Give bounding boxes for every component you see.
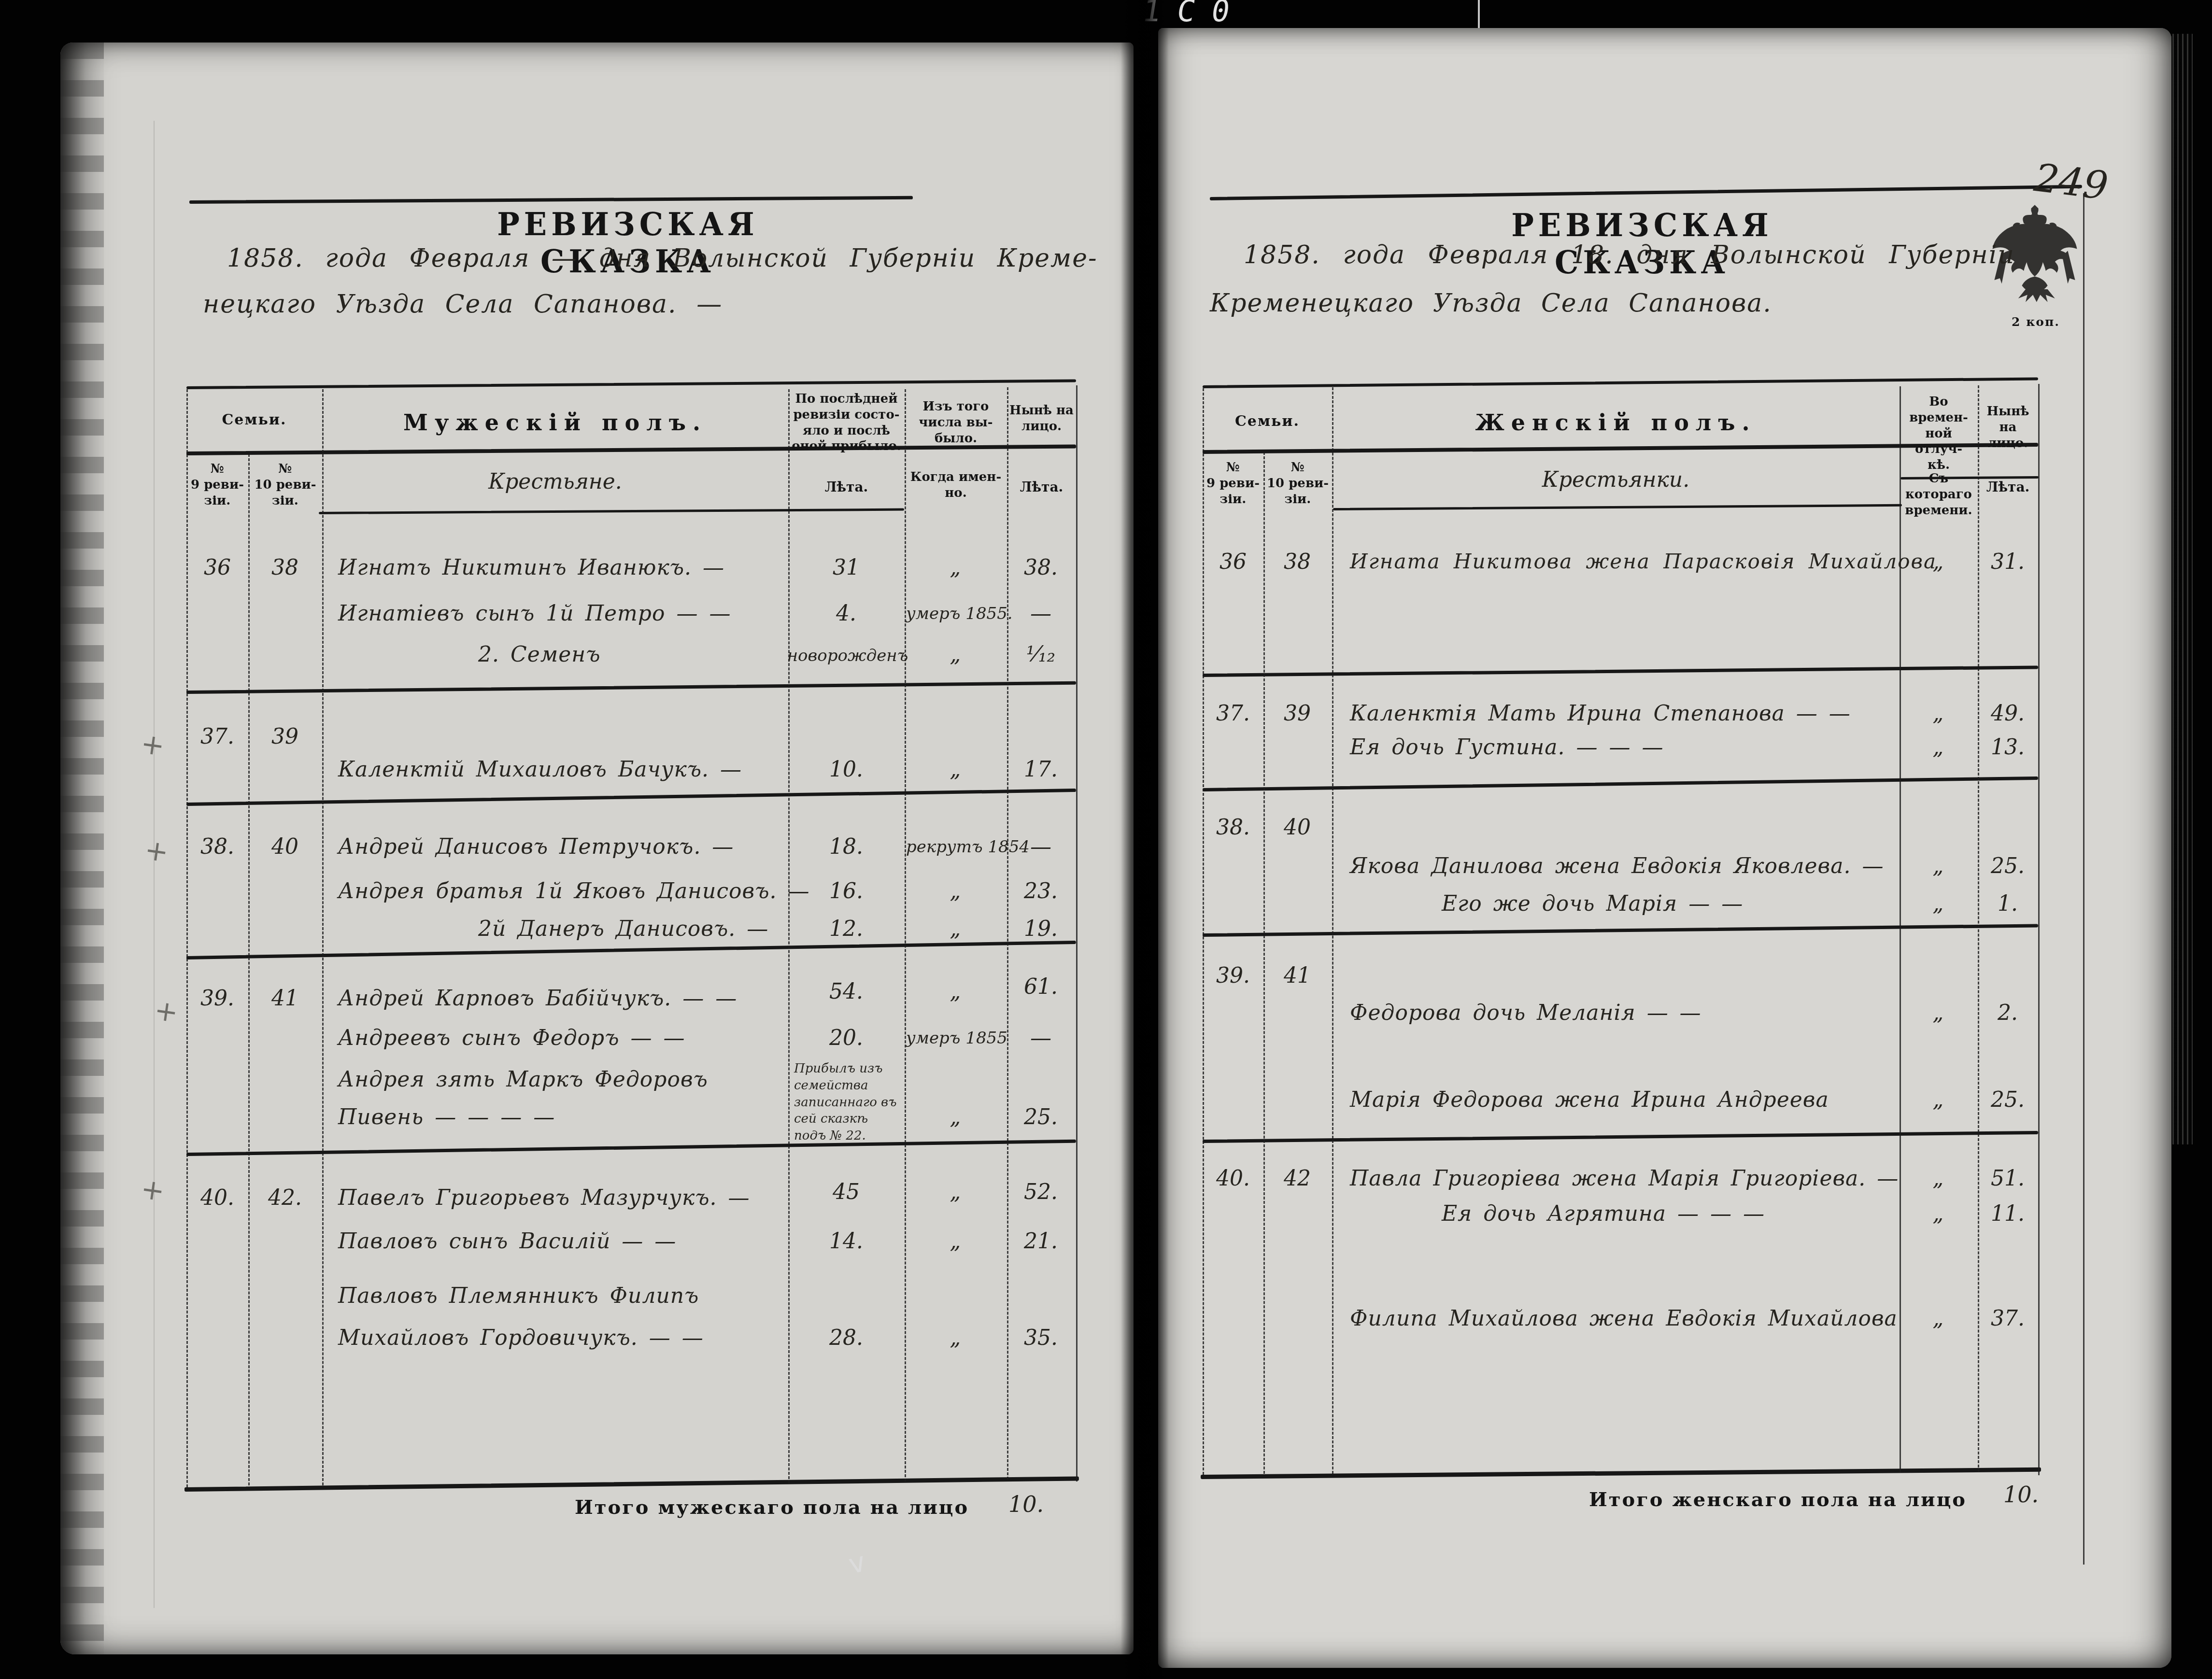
person-name: Игнатіевъ сынъ 1й Петро — — — [338, 601, 731, 626]
table-vline — [1076, 385, 1078, 1481]
age-now: 21. — [1008, 1229, 1073, 1254]
column-header-absence: Во времен- ной отлуч- кѣ. — [1900, 394, 1978, 473]
pencil-cross-icon: + — [153, 993, 181, 1029]
age-now: — — [1008, 834, 1073, 859]
family-no-10th: 41 — [1265, 963, 1329, 988]
table-vline — [2038, 384, 2040, 1475]
age-now: 25. — [1979, 854, 2036, 878]
age-last-revision: 10. — [791, 757, 902, 782]
family-no-10th: 42. — [250, 1185, 320, 1210]
family-no-9th: 36 — [188, 555, 246, 580]
absence-note: „ — [1901, 550, 1975, 574]
book-gutter-shadow — [1120, 0, 1169, 1679]
departure-note: „ — [906, 917, 1005, 941]
column-header-rev10: № 10 реви- зіи. — [248, 461, 322, 508]
page-edge-streaks — [2172, 34, 2193, 1144]
microfilm-scan: 1C0 РЕВИЗСКАЯ СКАЗКА 1858. года Февраля … — [0, 0, 2212, 1679]
family-no-10th: 39 — [250, 724, 320, 749]
column-subheader-peasants: Крестьяне. — [322, 469, 788, 494]
age-now: — — [1008, 601, 1073, 626]
column-header-female: Женскій полъ. — [1332, 409, 1900, 436]
departure-note: рекрутъ 1854 — [906, 837, 1005, 857]
age-last-revision: 31 — [791, 555, 902, 580]
table-vline — [1203, 388, 1204, 1475]
person-name: Игната Никитова жена Парасковія Михайлов… — [1350, 550, 1937, 573]
age-now: 35. — [1008, 1326, 1073, 1350]
age-now: 2. — [1979, 1001, 2036, 1025]
column-header-family: Семьи. — [1203, 413, 1332, 430]
family-no-10th: 42 — [1265, 1166, 1329, 1191]
departure-note: „ — [906, 757, 1005, 782]
age-last-revision: 16. — [791, 879, 902, 903]
age-last-revision: 54. — [791, 979, 902, 1004]
absence-note: „ — [1901, 701, 1975, 726]
book-edge-shadow — [60, 42, 104, 1654]
age-now: ¹⁄₁₂ — [1008, 642, 1073, 667]
family-no-9th: 38. — [1205, 815, 1261, 840]
departure-note: „ — [906, 1105, 1005, 1129]
column-subheader-since: Съ котораго времени. — [1900, 471, 1978, 518]
family-no-10th: 38 — [250, 555, 320, 580]
departure-note: умеръ 1855. — [906, 604, 1005, 623]
absence-note: „ — [1901, 735, 1975, 760]
total-female-label: Итого женскаго пола на лицо — [1589, 1488, 2004, 1511]
person-name: 2. Семенъ — [478, 642, 601, 667]
total-male-label: Итого мужескаго пола на лицо — [575, 1496, 985, 1519]
table-vline — [322, 389, 324, 1485]
person-name: Андреевъ сынъ Федоръ — — — [338, 1026, 685, 1050]
age-now: 37. — [1979, 1306, 2036, 1331]
age-now: 13. — [1979, 735, 2036, 760]
family-no-9th: 39. — [188, 986, 246, 1011]
person-name: Его же дочь Марія — — — [1442, 891, 1743, 916]
person-name: Павловъ сынъ Василій — — — [338, 1229, 676, 1254]
family-no-9th: 37. — [1205, 701, 1261, 726]
page-margin-rule — [2083, 193, 2084, 1565]
person-name: Павла Григоріева жена Марія Григоріева. … — [1350, 1166, 1899, 1191]
page-number: 249 — [2032, 155, 2111, 209]
family-no-10th: 41 — [250, 986, 320, 1011]
age-last-revision: 12. — [791, 917, 902, 941]
age-now: 1. — [1979, 891, 2036, 916]
age-last-revision: 45 — [791, 1180, 902, 1204]
person-name: Марія Федорова жена Ирина Андреева — [1350, 1087, 1829, 1112]
stamp-denomination: 2 коп. — [1995, 315, 2077, 329]
age-now: 25. — [1008, 1105, 1073, 1129]
absence-note: „ — [1901, 1001, 1975, 1025]
family-no-10th: 40 — [1265, 815, 1329, 840]
departure-note: „ — [906, 555, 1005, 580]
age-now: — — [1008, 1026, 1073, 1050]
absence-note: „ — [1901, 854, 1975, 878]
departure-note: „ — [906, 1326, 1005, 1350]
absence-note: „ — [1901, 891, 1975, 916]
person-name: Пивень — — — — — [338, 1105, 555, 1129]
age-last-revision: 18. — [791, 834, 902, 859]
person-name: Ея дочь Густина. — — — — [1350, 735, 1663, 760]
column-header-rev10: № 10 реви- зіи. — [1263, 460, 1332, 507]
column-subheader-peasants: Крестьянки. — [1332, 467, 1900, 492]
column-header-rev9: № 9 реви- зіи. — [1203, 460, 1263, 507]
departure-note: „ — [906, 642, 1005, 667]
heading-line-2: Кременецкаго Уѣзда Села Сапанова. — [1210, 289, 1838, 318]
age-last-revision: новорожденъ — [780, 646, 915, 665]
total-male-value: 10. — [1008, 1491, 1066, 1517]
person-name: Андрея братья 1й Яковъ Данисовъ. — — [338, 879, 809, 903]
age-now: 23. — [1008, 879, 1073, 903]
person-name: Павелъ Григорьевъ Мазурчукъ. — — [338, 1185, 750, 1210]
age-now: 11. — [1979, 1201, 2036, 1226]
person-name: Федорова дочь Меланія — — — [1350, 1001, 1702, 1025]
family-no-9th: 37. — [188, 724, 246, 749]
pencil-cross-icon: + — [139, 727, 167, 762]
departure-note: „ — [906, 979, 1005, 1004]
person-name: Якова Данилова жена Евдокія Яковлева. — — [1350, 854, 1884, 878]
column-subheader-years2: Лѣта. — [1007, 479, 1076, 495]
family-no-10th: 40 — [250, 834, 320, 859]
column-header-departed: Изъ того числа вы- было. — [905, 399, 1007, 446]
table-vline — [1332, 387, 1333, 1474]
age-now: 38. — [1008, 555, 1073, 580]
column-header-present: Нынѣ на лицо. — [1978, 404, 2038, 451]
person-name: Андрей Данисовъ Петручокъ. — — [338, 834, 734, 859]
heading-line-1: 1858. года Февраля — дня Волынской Губер… — [227, 244, 1087, 273]
age-now: 52. — [1008, 1180, 1073, 1204]
pencil-cross-icon: + — [143, 833, 171, 869]
person-name: Игнатъ Никитинъ Иванюкъ. — — [338, 555, 724, 580]
person-name: Ея дочь Агрятина — — — — [1442, 1201, 1765, 1226]
heading-line-1: 1858. года Февраля 18. дня Волынской Губ… — [1244, 240, 1968, 269]
person-name: Андрей Карповъ Бабійчукъ. — — — [338, 986, 737, 1011]
age-last-revision: 28. — [791, 1326, 902, 1350]
total-female-value: 10. — [2003, 1481, 2061, 1508]
absence-note: „ — [1901, 1306, 1975, 1331]
person-name: Филипа Михайлова жена Евдокія Михайлова — [1350, 1306, 1898, 1331]
family-no-9th: 38. — [188, 834, 246, 859]
column-subheader-years: Лѣта. — [1978, 479, 2038, 495]
column-subheader-years: Лѣта. — [788, 479, 905, 495]
person-name: Каленктій Михаиловъ Бачукъ. — — [338, 757, 742, 782]
person-name: Павловъ Племянникъ Филипъ — [338, 1284, 699, 1308]
column-header-male: Мужескій полъ. — [322, 409, 788, 436]
pencil-cross-icon: + — [139, 1172, 167, 1208]
departure-note: „ — [906, 1229, 1005, 1254]
departure-note: „ — [906, 879, 1005, 903]
age-last-revision: 4. — [791, 601, 902, 626]
absence-note: „ — [1901, 1087, 1975, 1112]
absence-note: „ — [1901, 1201, 1975, 1226]
column-header-present: Нынѣ на лицо. — [1007, 403, 1076, 435]
age-now: 51. — [1979, 1166, 2036, 1191]
heading-line-2: нецкаго Уѣзда Села Сапанова. — — [203, 290, 879, 319]
age-now: 31. — [1979, 550, 2036, 574]
column-header-family: Семьи. — [186, 411, 322, 428]
table-vline — [788, 389, 790, 1483]
person-name: 2й Данеръ Данисовъ. — — [478, 917, 768, 941]
family-no-9th: 39. — [1205, 963, 1261, 988]
age-now: 49. — [1979, 701, 2036, 726]
transfer-note: Прибылъ изъ семейства записаннаго въ сей… — [794, 1060, 901, 1144]
age-now: 61. — [1008, 974, 1073, 999]
age-last-revision: 14. — [791, 1229, 902, 1254]
family-no-9th: 40. — [188, 1185, 246, 1210]
departure-note: „ — [906, 1180, 1005, 1204]
column-header-rev9: № 9 реви- зіи. — [186, 461, 248, 508]
person-name: Михайловъ Гордовичукъ. — — — [338, 1326, 704, 1350]
age-now: 25. — [1979, 1087, 2036, 1112]
person-name: Андрея зять Маркъ Федоровъ — [338, 1067, 708, 1092]
column-subheader-when: Когда имен- но. — [905, 469, 1007, 501]
person-name: Каленктія Мать Ирина Степанова — — — [1350, 701, 1851, 726]
absence-note: „ — [1901, 1166, 1975, 1191]
family-no-9th: 36 — [1205, 550, 1261, 574]
table-vline — [1263, 452, 1265, 1474]
family-no-10th: 39 — [1265, 701, 1329, 726]
family-no-10th: 38 — [1265, 550, 1329, 574]
column-header-last-revision: По послѣдней ревизіи состо- яло и послѣ … — [788, 391, 905, 454]
age-now: 17. — [1008, 757, 1073, 782]
family-no-9th: 40. — [1205, 1166, 1261, 1191]
table-vline — [248, 454, 250, 1485]
departure-note: умеръ 1855 — [906, 1029, 1005, 1048]
age-last-revision: 20. — [791, 1026, 902, 1050]
age-now: 19. — [1008, 917, 1073, 941]
table-vline — [186, 389, 188, 1487]
